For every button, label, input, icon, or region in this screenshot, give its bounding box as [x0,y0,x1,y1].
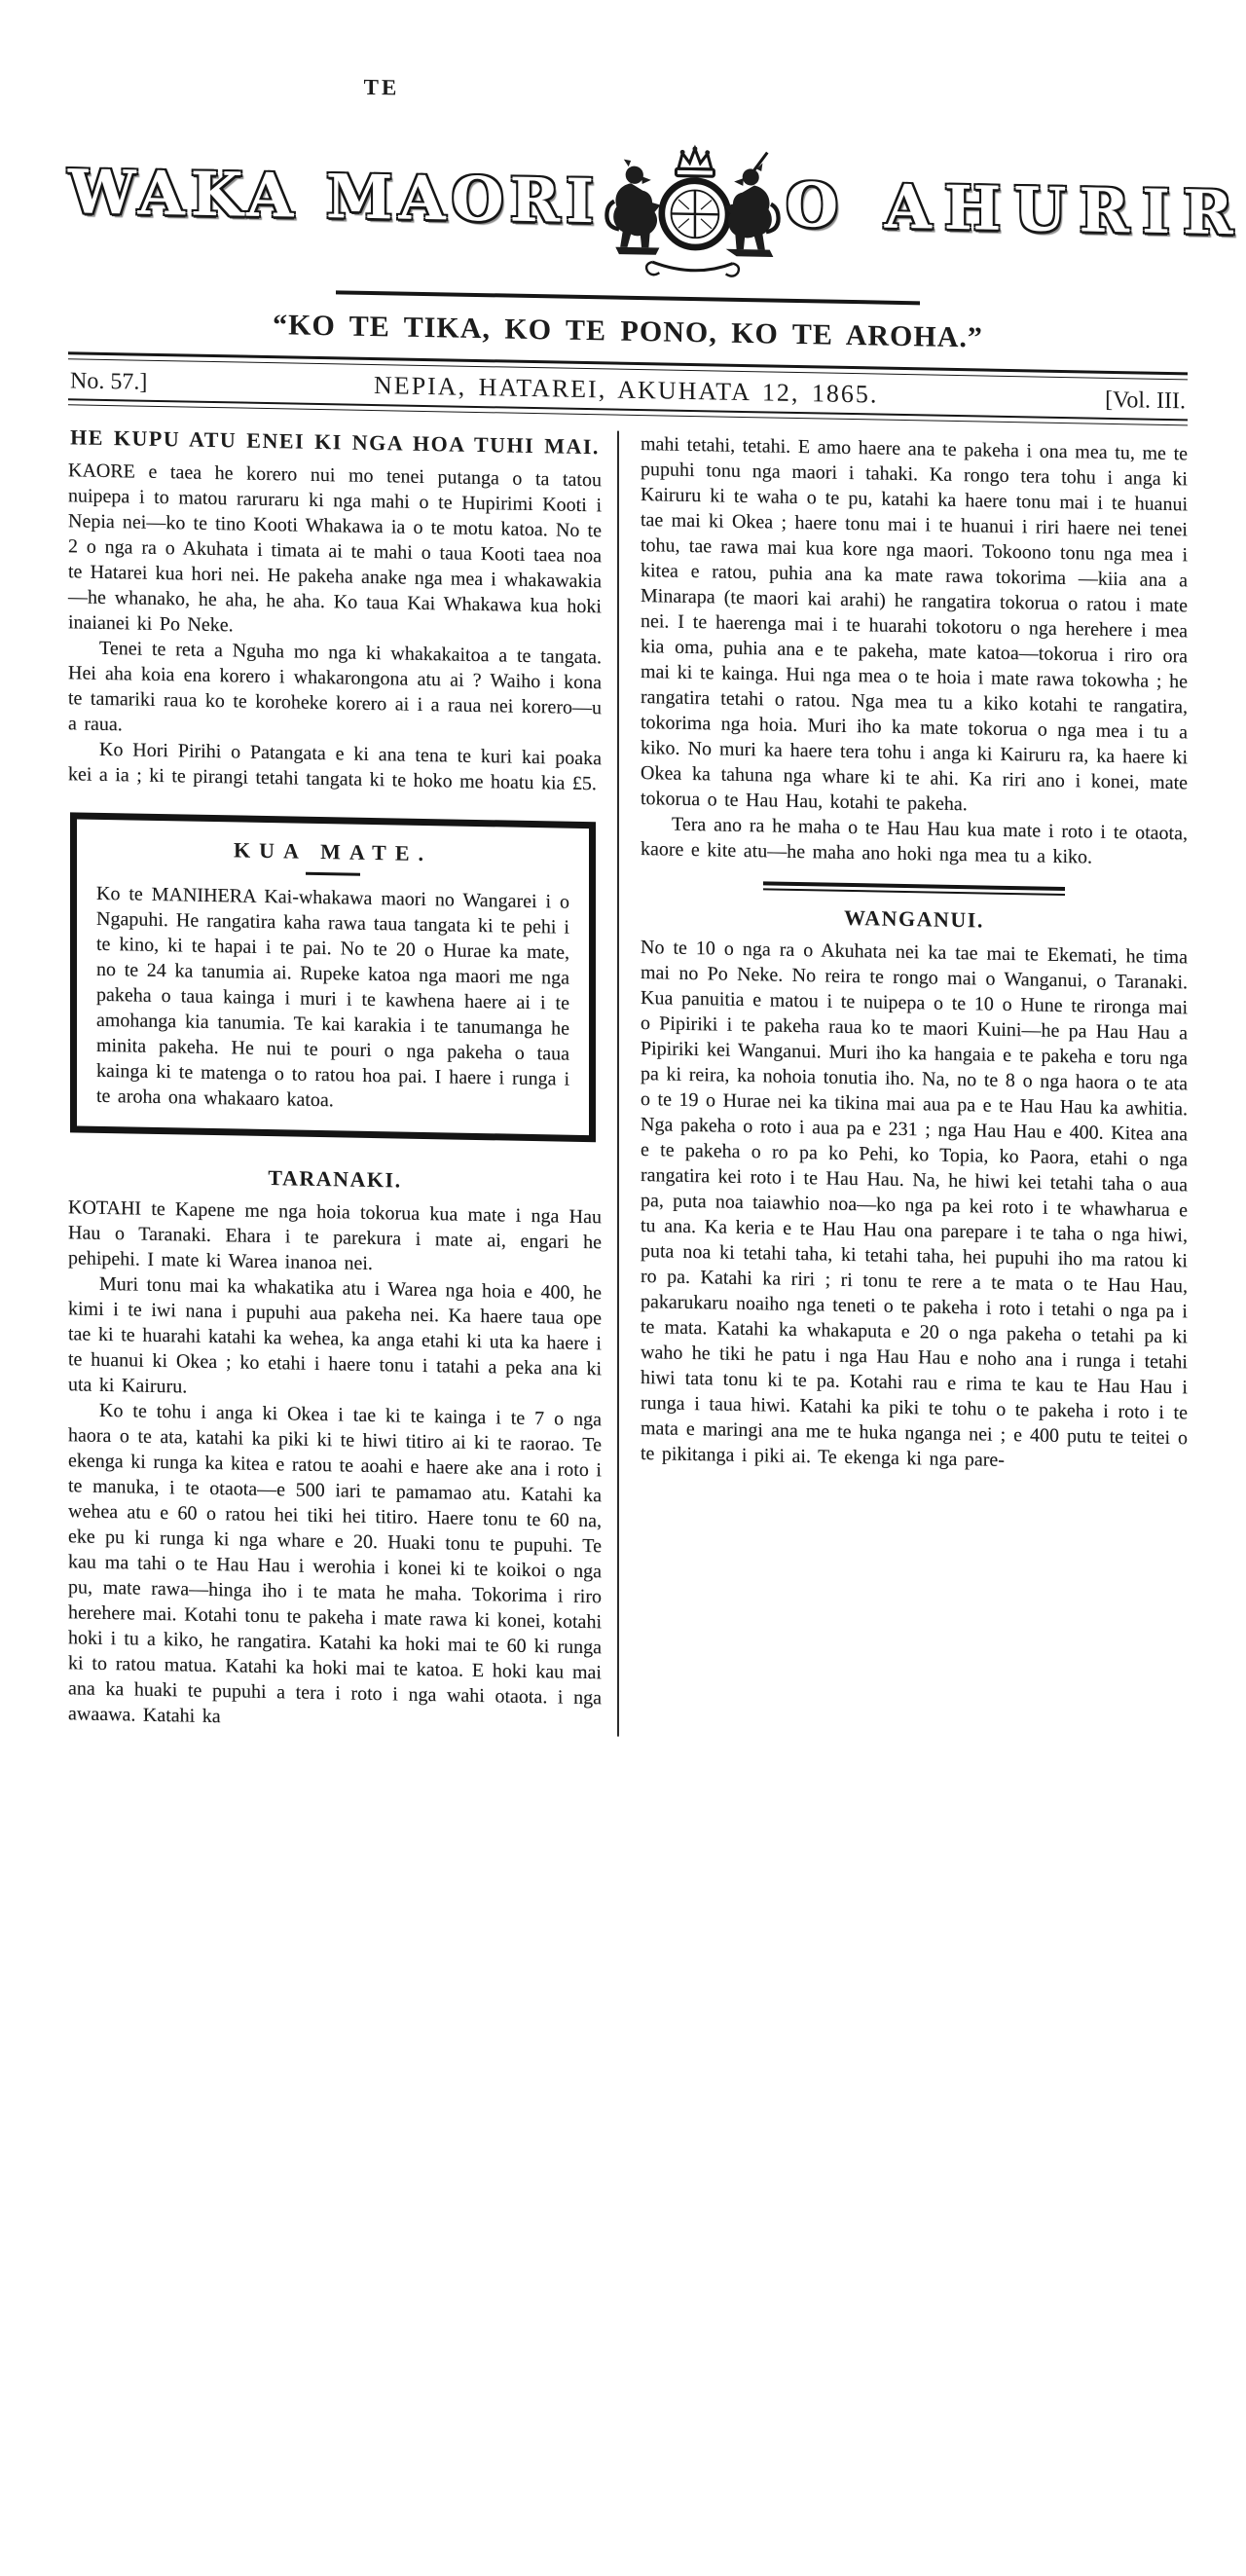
volume-number: [Vol. III. [1105,387,1186,416]
article-paragraph: Tera ano ra he maha o te Hau Hau kua mat… [641,811,1188,871]
article-paragraph: mahi tetahi, tetahi. E amo haere ana te … [641,431,1188,821]
dateline: NEPIA, HATAREI, AKUHATA 12, 1865. [374,371,878,410]
article-paragraph: KAORE e taea he korero nui mo tenei puta… [68,458,602,644]
obituary-heading-rule [306,872,360,876]
article-heading-taranaki: TARANAKI. [68,1161,602,1196]
article-paragraph: Tenei te reta a Nguha mo nga ki whakakai… [68,635,602,746]
article-paragraph: Ko Hori Pirihi o Patangata e ki ana tena… [68,736,602,796]
masthead-motto: “KO TE TIKA, KO TE PONO, KO TE AROHA.” [68,305,1188,358]
obituary-box: KUA MATE. Ko te MANIHERA Kai-whakawa mao… [70,812,596,1142]
issue-number: No. 57.] [70,368,147,395]
obituary-heading: KUA MATE. [96,835,569,869]
article-paragraph: KOTAHI te Kapene me nga hoia tokorua kua… [68,1195,602,1280]
article-paragraph: Ko te tohu i anga ki Okea i tae ki te ka… [68,1397,602,1736]
right-column: mahi tetahi, tetahi. E amo haere ana te … [617,431,1188,1748]
newspaper-page: TE WAKA MAORI [0,0,1246,1748]
article-heading-letters: HE KUPU ATU ENEI KI NGA HOA TUHI MAI. [68,424,602,460]
page-columns: HE KUPU ATU ENEI KI NGA HOA TUHI MAI. KA… [68,421,1188,1747]
masthead-title-left: WAKA MAORI [68,162,600,232]
left-column: HE KUPU ATU ENEI KI NGA HOA TUHI MAI. KA… [68,421,617,1736]
article-paragraph: Muri tonu mai ka whakatika atu i Warea n… [68,1270,602,1407]
section-divider-rule [763,881,1065,896]
article-heading-wanganui: WANGANUI. [641,902,1188,937]
masthead: TE WAKA MAORI [68,69,1188,425]
obituary-body: Ko te MANIHERA Kai-whakawa maori no Wang… [96,881,569,1118]
royal-coat-of-arms-icon [598,135,788,300]
lion-supporter [607,159,661,255]
newspaper-kicker: TE [323,74,440,101]
masthead-title-right: O AHURIRI. [786,175,1246,245]
unicorn-supporter [725,151,779,256]
article-paragraph: No te 10 o nga ra o Akuhata nei ka tae m… [641,935,1188,1476]
